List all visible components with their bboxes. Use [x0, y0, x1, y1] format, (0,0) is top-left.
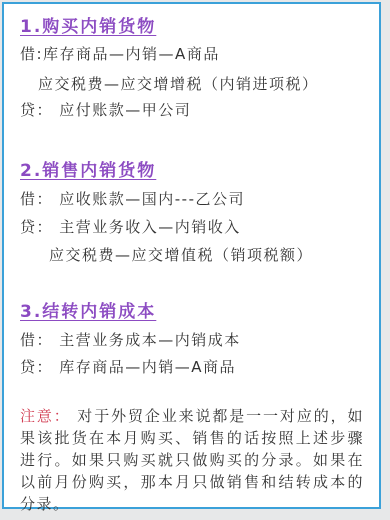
- entry-line-debit-receivable: 借： 应收账款—国内---乙公司: [20, 191, 364, 207]
- note-label: 注意：: [20, 407, 71, 425]
- entry-line-debit-inventory: 借:库存商品—内销—A商品: [20, 46, 364, 62]
- section-purchase-domestic-goods: 1.购买内销货物 借:库存商品—内销—A商品 应交税费—应交增增税（内销进项税）…: [20, 17, 364, 118]
- entry-line-debit-cost: 借： 主营业务成本—内销成本: [20, 332, 364, 348]
- entry-line-tax-input: 应交税费—应交增增税（内销进项税）: [20, 76, 364, 92]
- section-sell-domestic-goods: 2.销售内销货物 借： 应收账款—国内---乙公司 贷： 主营业务收入—内销收入…: [20, 161, 364, 263]
- entry-line-credit-inventory: 贷： 库存商品—内销—A商品: [20, 359, 364, 375]
- note-text: 对于外贸企业来说都是一一对应的，如果该批货在本月购买、销售的话按照上述步骤进行。…: [20, 407, 364, 513]
- entry-line-credit-revenue: 贷： 主营业务收入—内销收入: [20, 219, 364, 235]
- section-heading-purchase: 1.购买内销货物: [20, 17, 364, 37]
- section-carryover-domestic-cost: 3.结转内销成本 借： 主营业务成本—内销成本 贷： 库存商品—内销—A商品: [20, 302, 364, 375]
- section-heading-carryover: 3.结转内销成本: [20, 302, 364, 322]
- entry-line-tax-output: 应交税费—应交增值税（销项税额）: [20, 247, 364, 263]
- note-paragraph: 注意： 对于外贸企业来说都是一一对应的，如果该批货在本月购买、销售的话按照上述步…: [20, 405, 364, 515]
- section-heading-sale: 2.销售内销货物: [20, 161, 364, 181]
- entry-line-credit-payable: 贷： 应付账款—甲公司: [20, 102, 364, 118]
- document-content: 1.购买内销货物 借:库存商品—内销—A商品 应交税费—应交增增税（内销进项税）…: [4, 17, 379, 515]
- document-panel: 1.购买内销货物 借:库存商品—内销—A商品 应交税费—应交增增税（内销进项税）…: [2, 2, 381, 509]
